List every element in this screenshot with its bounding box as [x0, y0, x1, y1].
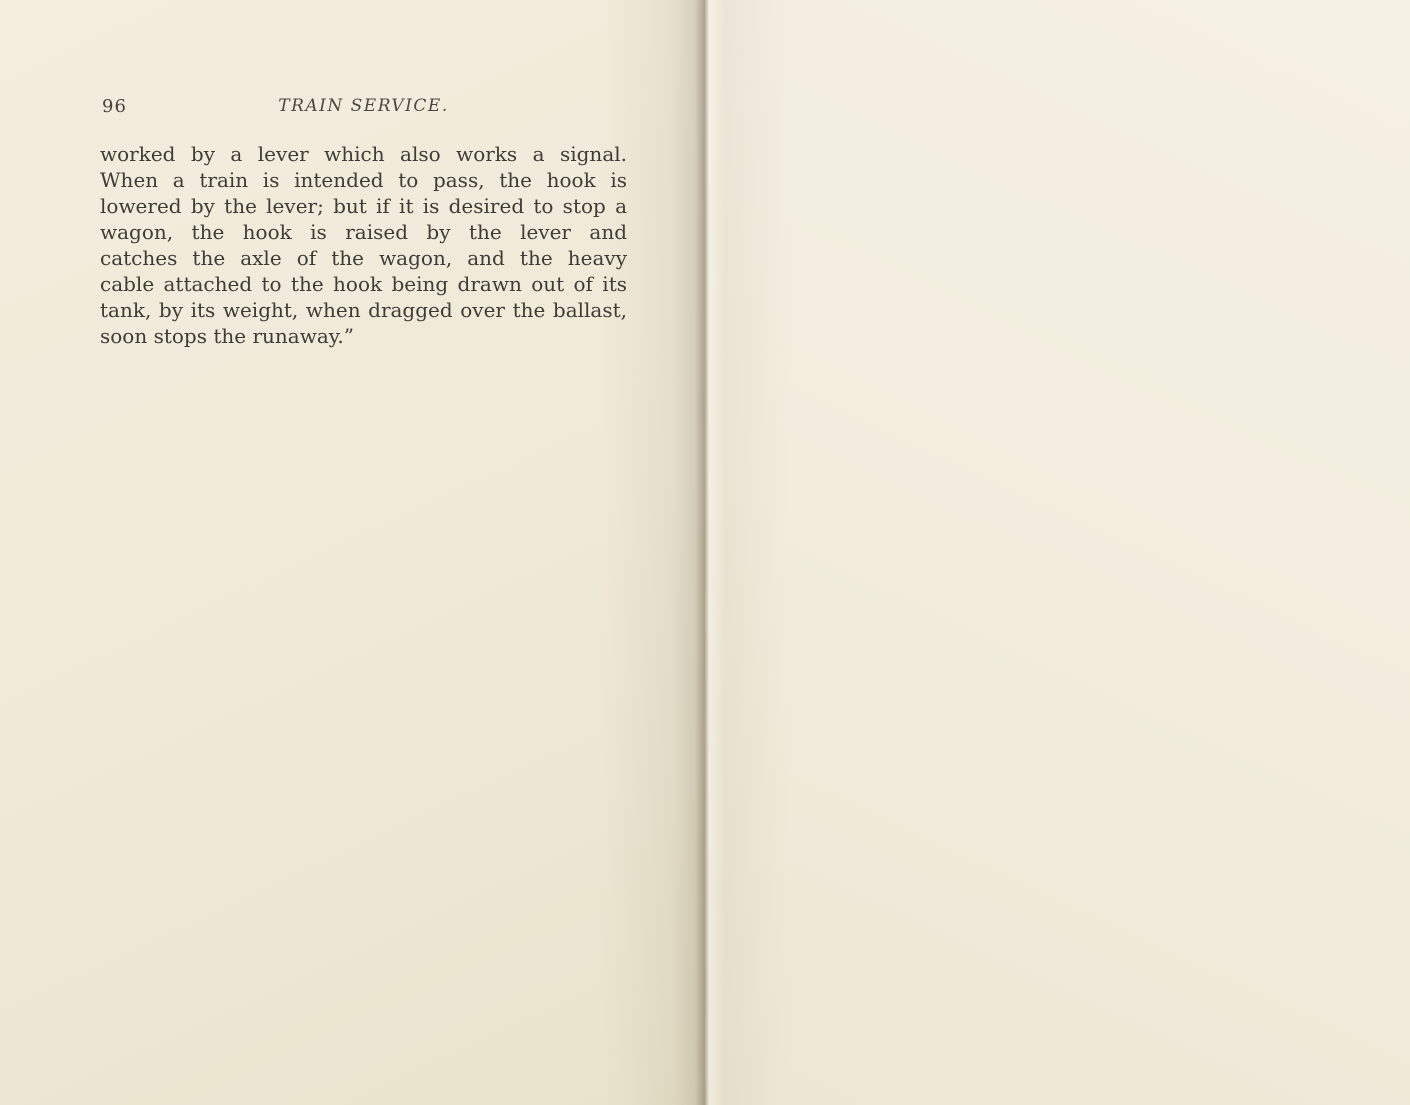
left-page: 96 TRAIN SERVICE. worked by a lever whic…: [0, 0, 705, 1105]
text-line: lowered by the lever; but if it is desir…: [100, 193, 627, 219]
book-spread: 96 TRAIN SERVICE. worked by a lever whic…: [0, 0, 1410, 1105]
text-line: cable attached to the hook being drawn o…: [100, 271, 627, 297]
left-page-number: 96: [102, 96, 127, 117]
text-line: When a train is intended to pass, the ho…: [100, 167, 627, 193]
left-page-header: 96 TRAIN SERVICE.: [100, 96, 627, 118]
text-line: soon stops the runaway.”: [100, 323, 627, 349]
running-header: TRAIN SERVICE.: [100, 96, 627, 116]
left-body-text: worked by a lever which also works a sig…: [100, 141, 627, 349]
text-line: wagon, the hook is raised by the lever a…: [100, 219, 627, 245]
text-line: catches the axle of the wagon, and the h…: [100, 245, 627, 271]
right-page: CHAPTER IX. PARTICULARS OF TRAIN SERVICE…: [705, 0, 1410, 1105]
text-line: tank, by its weight, when dragged over t…: [100, 297, 627, 323]
text-line: worked by a lever which also works a sig…: [100, 141, 627, 167]
